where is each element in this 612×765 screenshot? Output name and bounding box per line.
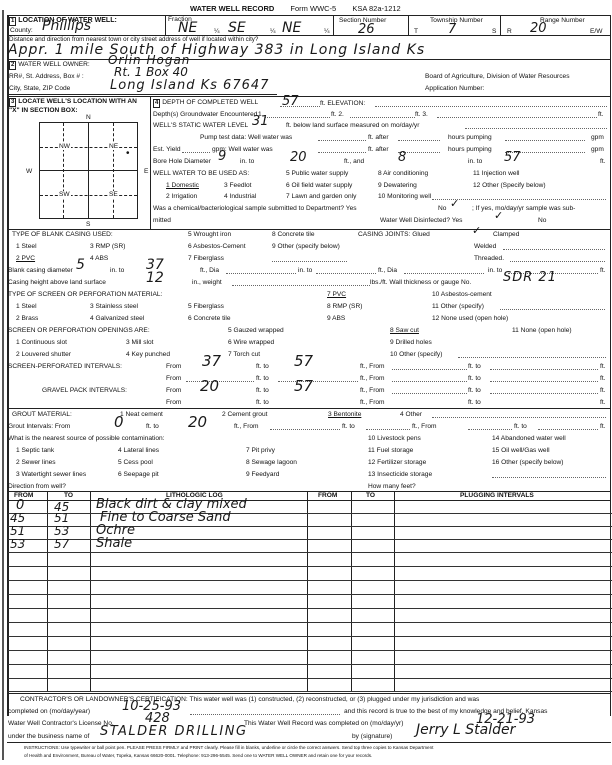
grout-ft-from: ft., From [234, 423, 259, 430]
quad-vdash [63, 123, 64, 218]
quad-dash [40, 147, 137, 148]
rule [408, 15, 409, 35]
opening-continuous[interactable]: 1 Continuous slot [16, 339, 67, 346]
owner-label-text: WATER WELL OWNER: [18, 61, 90, 68]
col-divider [351, 491, 352, 691]
grout-cement[interactable]: 2 Cement grout [222, 411, 267, 418]
col-divider [307, 491, 308, 691]
diameter-ft-dia-2: ft., Dia [378, 267, 397, 274]
diameter-in-to: in. to [110, 267, 124, 274]
log-desc[interactable]: Shale [96, 536, 132, 551]
screen-other-field[interactable] [500, 309, 605, 310]
section-box-text: LOCATE WELL'S LOCATION WITH AN "X" IN SE… [9, 98, 137, 114]
gw-3-field[interactable] [437, 117, 597, 118]
log-from[interactable]: 45 [10, 511, 25, 525]
perf2-ft-to: ft. to [256, 375, 269, 382]
perf4-to-field[interactable] [490, 381, 598, 382]
screen-concrete[interactable]: 6 Concrete tile [188, 315, 231, 322]
perf-to-value[interactable]: 57 [294, 352, 313, 370]
source-fertilizer[interactable]: 12 Fertilizer storage [368, 459, 426, 466]
perf4-from-field[interactable] [392, 381, 467, 382]
perf3-from-field[interactable] [186, 381, 254, 382]
casing-fiberglass[interactable]: 7 Fiberglass [188, 255, 224, 262]
compass-n: N [86, 114, 91, 121]
pump-label: Pump test data: Well water was [200, 134, 292, 141]
grid-horizontal [39, 170, 138, 171]
screen-steel[interactable]: 1 Steel [16, 303, 37, 310]
casing-concrete[interactable]: 8 Concrete tile [272, 231, 315, 238]
row-line [8, 664, 612, 665]
license-label: Water Well Contractor's License No. [8, 720, 114, 727]
perf2-ft-to-2: ft. to [468, 375, 481, 382]
col-divider [47, 491, 48, 691]
gw-ft: ft. [598, 111, 604, 118]
yield-gpm2: gpm [591, 146, 604, 153]
yield-label: Est. Yield [153, 146, 181, 153]
grout-neat[interactable]: 1 Neat cement [120, 411, 163, 418]
section-box-label: 3 LOCATE WELL'S LOCATION WITH AN "X" IN … [9, 98, 149, 115]
gravel-to-value[interactable]: 57 [294, 377, 313, 395]
diameter-ft: ft. [600, 267, 606, 274]
depth-value[interactable]: 57 [282, 94, 299, 109]
use-domestic[interactable]: 1 Domestic [166, 182, 199, 189]
bore-in-to: in. to [240, 158, 254, 165]
quad-vdash [113, 123, 114, 218]
use-injection[interactable]: 11 Injection well [473, 170, 519, 177]
depth-label-text: DEPTH OF COMPLETED WELL [162, 99, 258, 106]
gravel2-ft-to: ft. to [256, 399, 269, 406]
col-divider [90, 491, 91, 691]
rule [7, 59, 611, 60]
address-value[interactable]: Rt. 1 Box 40 [114, 65, 188, 79]
rule [7, 742, 611, 743]
casing-label-text: TYPE OF BLANK CASING USED: [12, 231, 113, 238]
casing-steel[interactable]: 1 Steel [16, 243, 37, 250]
rule [7, 94, 277, 95]
gravel2-from-field[interactable] [392, 393, 467, 394]
opening-gauzed[interactable]: 5 Gauzed wrapped [228, 327, 284, 334]
casing-wrought[interactable]: 5 Wrought iron [188, 231, 231, 238]
casing-other[interactable]: 9 Other (specify below) [272, 243, 340, 250]
col-divider [394, 491, 395, 691]
township-suffix: S [492, 28, 496, 35]
township-prefix: T [414, 28, 418, 35]
row-line [8, 622, 612, 623]
static-value[interactable]: 31 [252, 114, 269, 129]
dia3-field[interactable] [404, 273, 484, 274]
rule [7, 15, 611, 16]
board-text: Board of Agriculture, Division of Water … [425, 73, 570, 80]
depth-label: 4 DEPTH OF COMPLETED WELL [153, 99, 258, 108]
casing-asbestos[interactable]: 6 Asbestos-Cement [188, 243, 246, 250]
grout-intervals-label: Grout Intervals: From [8, 423, 70, 430]
gravel2-ft-to-2: ft. to [468, 399, 481, 406]
source-feedyard[interactable]: 9 Feedyard [246, 471, 279, 478]
openings-label: SCREEN OR PERFORATION OPENINGS ARE: [8, 327, 150, 334]
opening-torch[interactable]: 7 Torch cut [228, 351, 260, 358]
log-to[interactable]: 57 [54, 537, 69, 551]
bore-ft: ft. [600, 158, 606, 165]
source-pit[interactable]: 7 Pit privy [246, 447, 275, 454]
fraction-1[interactable]: NE [178, 20, 197, 36]
use-monitoring[interactable]: 10 Monitoring well [378, 193, 431, 200]
quad-sw[interactable]: SW [58, 191, 71, 198]
source-other[interactable]: 16 Other (specify below) [492, 459, 563, 466]
gravel2-to-field[interactable] [490, 393, 598, 394]
dotted-fill [190, 714, 340, 715]
perf-ft: ft. [600, 363, 606, 370]
source-septic[interactable]: 1 Septic tank [16, 447, 54, 454]
perf-ft-from: ft., From [360, 363, 385, 370]
elevation-label: ft. ELEVATION: [320, 100, 365, 107]
grout2-to-field[interactable] [366, 429, 410, 430]
county-value[interactable]: Phillips [42, 18, 91, 34]
diameter-ft-dia: ft., Dia [200, 267, 219, 274]
grout-other[interactable]: 4 Other [400, 411, 422, 418]
yield-hours: hours pumping [448, 146, 492, 153]
disinfected-no[interactable]: No [538, 217, 546, 224]
grout-bentonite[interactable]: 3 Bentonite [328, 411, 361, 418]
grout-ft-to-2: ft. to [342, 423, 355, 430]
bore-in-to-2: in. to [468, 158, 482, 165]
perf-from: From [166, 363, 181, 370]
screen-abs[interactable]: 9 ABS [327, 315, 345, 322]
row-line [8, 678, 612, 679]
source-oilgas[interactable]: 15 Oil well/Gas well [492, 447, 550, 454]
perf2-from-field[interactable] [392, 369, 467, 370]
row-line [8, 594, 612, 595]
compass-w: W [26, 168, 32, 175]
quarter-2: ¼ [270, 28, 276, 35]
source-seepage[interactable]: 6 Seepage pit [118, 471, 159, 478]
compass-e: E [144, 168, 148, 175]
gravel-label: GRAVEL PACK INTERVALS: [42, 387, 127, 394]
screen-pvc[interactable]: 7 PVC [327, 291, 346, 298]
sample-no-check-icon: ✓ [450, 197, 459, 210]
grout3-from-field[interactable] [468, 429, 512, 430]
city-value[interactable]: Long Island Ks 67647 [110, 78, 269, 93]
screen-brass[interactable]: 2 Brass [16, 315, 38, 322]
signature-label: by (signature) [352, 733, 392, 740]
static-label: WELL'S STATIC WATER LEVEL [153, 122, 248, 129]
perf2-to-field[interactable] [490, 369, 598, 370]
record-completed-label: This Water Well Record was completed on … [244, 720, 403, 727]
disinfected-label: Water Well Disinfected? Yes [380, 217, 462, 224]
row-line [8, 636, 612, 637]
pump-level-field[interactable] [318, 140, 366, 141]
opening-drilled[interactable]: 9 Drilled holes [390, 339, 432, 346]
gravel-ft-to: ft. to [256, 387, 269, 394]
log-to[interactable]: 51 [54, 511, 69, 525]
yield-field[interactable] [182, 152, 210, 153]
section-badge-2: 2 [9, 61, 16, 70]
rule [165, 15, 166, 35]
source-sewer[interactable]: 2 Sewer lines [16, 459, 56, 466]
grout-ft-to: ft. to [146, 423, 159, 430]
cert-text: CONTRACTOR'S OR LANDOWNER'S CERTIFICATIO… [20, 696, 479, 703]
city-label: City, State, ZIP Code [9, 85, 70, 92]
source-livestock[interactable]: 10 Livestock pens [368, 435, 421, 442]
screen-fiberglass[interactable]: 5 Fiberglass [188, 303, 224, 310]
row-line [8, 691, 612, 692]
joints-clamped[interactable]: Clamped [493, 231, 519, 238]
well-location-mark: • [126, 148, 130, 159]
perf2-ft: ft. [600, 375, 606, 382]
log-from[interactable]: 53 [10, 537, 25, 551]
fraction-2[interactable]: SE [228, 20, 246, 36]
gw-2: ft. 2. [331, 111, 344, 118]
casing-pvc[interactable]: 2 PVC [16, 255, 35, 262]
grout-to-value[interactable]: 20 [188, 413, 207, 431]
source-fuel[interactable]: 11 Fuel storage [368, 447, 413, 454]
township-value[interactable]: 7 [448, 22, 456, 37]
section-badge-4: 4 [153, 99, 160, 108]
dotted-fill [510, 261, 605, 262]
opening-key[interactable]: 4 Key punched [126, 351, 170, 358]
rule [7, 96, 611, 97]
screen-asbestos[interactable]: 10 Asbestos-cement [432, 291, 492, 298]
opening-none[interactable]: 11 None (open hole) [512, 327, 572, 334]
perf-ft-to-2: ft. to [468, 363, 481, 370]
use-lawn[interactable]: 7 Lawn and garden only [286, 193, 356, 200]
pump-hours: hours pumping [448, 134, 492, 141]
use-dewatering[interactable]: 9 Dewatering [378, 182, 417, 189]
form-number: Form WWC-5 [290, 4, 336, 13]
yield-ft-after: ft. after [368, 146, 389, 153]
casing-other-field[interactable] [272, 261, 347, 262]
grout2-from-field[interactable] [270, 429, 340, 430]
mitted: mitted [153, 217, 171, 224]
log-header-to-2: TO [366, 492, 375, 499]
grout-label: GROUT MATERIAL: [12, 411, 72, 418]
county-label: County: [10, 27, 33, 34]
quarter-1: ¼ [214, 28, 220, 35]
log-to[interactable]: 53 [54, 524, 69, 538]
use-public[interactable]: 5 Public water supply [286, 170, 348, 177]
form-title: WATER WELL RECORD Form WWC-5 KSA 82a-121… [190, 4, 401, 13]
sample-tail: ; If yes, mo/day/yr sample was sub- [472, 205, 575, 212]
gravel-ft-from: ft., From [360, 387, 385, 394]
source-insecticide[interactable]: 13 Insecticide storage [368, 471, 432, 478]
business-value[interactable]: STALDER DRILLING [100, 724, 248, 739]
grout-ft-to-3: ft. to [514, 423, 527, 430]
log-header-from-2: FROM [318, 492, 337, 499]
screen-rmp[interactable]: 8 RMP (SR) [327, 303, 362, 310]
pump-ft-after: ft. after [368, 134, 389, 141]
opening-other[interactable]: 10 Other (specify) [390, 351, 442, 358]
sample-question: Was a chemical/bacteriological sample su… [153, 205, 357, 212]
range-prefix: R [507, 28, 512, 35]
section-number-badge: 1 [9, 17, 16, 26]
height-weight: in., weight [192, 279, 222, 286]
application-label: Application Number: [425, 85, 484, 92]
rule [7, 693, 611, 694]
scan-edge [2, 10, 4, 760]
rule [7, 408, 611, 409]
use-other[interactable]: 12 Other (Specify below) [473, 182, 546, 189]
perf-ft-to: ft. to [256, 363, 269, 370]
quarter-3: ¼ [324, 28, 330, 35]
use-air[interactable]: 8 Air conditioning [378, 170, 428, 177]
township-label: Township Number [430, 17, 483, 24]
fraction-3[interactable]: NE [282, 20, 301, 36]
address-label: RR#, St. Address, Box # : [9, 73, 84, 80]
source-other-field[interactable] [492, 477, 606, 478]
joints-welded[interactable]: Welded [474, 243, 496, 250]
grout3-to-field[interactable] [538, 429, 598, 430]
use-irrigation[interactable]: 2 Irrigation [166, 193, 197, 200]
gravel-from: From [166, 387, 181, 394]
diameter-in-to-3: in. to [488, 267, 502, 274]
dia2-field[interactable] [226, 273, 296, 274]
gauge-value[interactable]: SDR 21 [503, 270, 557, 285]
instructions-line-2: of Health and Environment, Bureau of Wat… [24, 753, 372, 758]
glued-check-icon: ✓ [472, 224, 481, 237]
instructions-line-1: INSTRUCTIONS: Use typewriter or ball poi… [24, 745, 433, 750]
source-watertight[interactable]: 3 Watertight sewer lines [16, 471, 86, 478]
quad-se[interactable]: SE [108, 191, 119, 198]
casing-abs[interactable]: 4 ABS [90, 255, 108, 262]
use-industrial[interactable]: 4 Industrial [224, 193, 256, 200]
bore2-value[interactable]: 8 [398, 150, 406, 165]
source-abandoned[interactable]: 14 Abandoned water well [492, 435, 566, 442]
perf-label: SCREEN-PERFORATED INTERVALS: [8, 363, 122, 370]
screen-galvanized[interactable]: 4 Galvanized steel [90, 315, 144, 322]
dia2-to-field[interactable] [316, 273, 376, 274]
how-many-label: How many feet? [368, 483, 416, 490]
height-value[interactable]: 12 [146, 270, 164, 286]
source-cess[interactable]: 5 Cess pool [118, 459, 153, 466]
quad-nw[interactable]: NW [58, 143, 71, 150]
gw-3: ft. 3. [415, 111, 428, 118]
opening-wire[interactable]: 6 Wire wrapped [228, 339, 274, 346]
opening-other-field[interactable] [458, 357, 606, 358]
joints-threaded[interactable]: Threaded. [474, 255, 504, 262]
static-suffix: ft. below land surface measured on mo/da… [286, 122, 419, 129]
quad-ne[interactable]: NE [108, 143, 119, 150]
row-line [8, 566, 612, 567]
screen-stainless[interactable]: 3 Stainless steel [90, 303, 138, 310]
distance-value[interactable]: Appr. 1 mile South of Highway 383 in Lon… [8, 42, 425, 58]
section-box-divider [150, 96, 151, 230]
row-line [8, 513, 612, 514]
quad-dash [40, 195, 137, 196]
casing-label: TYPE OF BLANK CASING USED: [12, 231, 113, 238]
section-number-value[interactable]: 26 [358, 22, 375, 37]
owner-label: 2 WATER WELL OWNER: [9, 61, 90, 70]
gravel2-ft-from: ft., From [360, 399, 385, 406]
screen-other[interactable]: 11 Other (specify) [432, 303, 484, 310]
bore1-to-value[interactable]: 20 [290, 150, 307, 165]
grout-ft-from-2: ft., From [412, 423, 437, 430]
gravel-ft-to-2: ft. to [468, 387, 481, 394]
row-line [8, 580, 612, 581]
gw-1-field[interactable] [265, 117, 330, 118]
diameter-label: Blank casing diameter [8, 267, 73, 274]
perf3-to-field[interactable] [278, 381, 358, 382]
weight-field[interactable] [232, 285, 370, 286]
log-header-plugging: PLUGGING INTERVALS [460, 492, 534, 499]
grout-from-value[interactable]: 0 [114, 413, 124, 431]
casing-rmp[interactable]: 3 RMP (SR) [90, 243, 125, 250]
title-text: WATER WELL RECORD [190, 4, 274, 13]
signature-value[interactable]: Jerry L Stalder [416, 722, 515, 738]
disinfected-yes-check-icon: ✓ [494, 209, 503, 222]
direction-label: Direction from well? [8, 483, 66, 490]
perf2-ft-from: ft., From [360, 375, 385, 382]
pump-after-field[interactable] [398, 140, 440, 141]
log-header-to: TO [64, 492, 73, 499]
range-label: Range Number [540, 17, 585, 24]
grout-ft: ft. [600, 423, 606, 430]
pump-hours-field[interactable] [505, 140, 585, 141]
gravel-from-value[interactable]: 20 [200, 377, 219, 395]
frame-right [610, 16, 611, 716]
perf-from-value[interactable]: 37 [202, 352, 221, 370]
section-badge-3: 3 [9, 98, 16, 107]
row-line [8, 552, 612, 553]
dotted-fill [503, 249, 605, 250]
groundwater-label: Depth(s) Groundwater Encountered [153, 111, 257, 118]
rule [500, 15, 501, 35]
opening-louvered[interactable]: 2 Louvered shutter [16, 351, 71, 358]
screen-material-label: TYPE OF SCREEN OR PERFORATION MATERIAL: [8, 291, 162, 298]
rule [7, 229, 611, 230]
bore2-to-value[interactable]: 57 [504, 150, 521, 165]
use-feedlot[interactable]: 3 Feedlot [224, 182, 252, 189]
opening-saw[interactable]: 8 Saw cut [390, 327, 419, 334]
range-suffix: E/W [590, 28, 602, 35]
bore-label: Bore Hole Diameter [153, 158, 211, 165]
perf2-from: From [166, 375, 181, 382]
source-lateral[interactable]: 4 Lateral lines [118, 447, 159, 454]
static-date-field[interactable] [465, 128, 607, 129]
ksa-number: KSA 82a-1212 [352, 4, 400, 13]
row-line [8, 650, 612, 651]
log-from[interactable]: 51 [10, 524, 25, 538]
use-oil-field[interactable]: 6 Oil field water supply [286, 182, 352, 189]
screen-none[interactable]: 12 None used (open hole) [432, 315, 508, 322]
gravel2-from: From [166, 399, 181, 406]
elevation-field[interactable] [375, 106, 607, 107]
gravel2-ft: ft. [600, 399, 606, 406]
gw-2-field[interactable] [350, 117, 415, 118]
source-lagoon[interactable]: 8 Sewage lagoon [246, 459, 297, 466]
grout-other-field[interactable] [432, 417, 606, 418]
contamination-question: What is the nearest source of possible c… [8, 435, 165, 442]
sample-no[interactable]: No [438, 205, 446, 212]
range-value[interactable]: 20 [530, 21, 547, 36]
diameter-value[interactable]: 5 [76, 257, 85, 273]
joints-label: CASING JOINTS: Glued [358, 231, 430, 238]
business-label: under the business name of [8, 733, 89, 740]
completed-label: completed on (mo/day/year) [8, 708, 90, 715]
rule [333, 15, 334, 35]
opening-mill[interactable]: 3 Mill slot [126, 339, 153, 346]
gauge-label: lbs./ft. Wall thickness or gauge No. [370, 279, 471, 286]
compass-s: S [86, 221, 90, 228]
row-line [8, 608, 612, 609]
gravel-ft: ft. [600, 387, 606, 394]
diameter-in-to-2: in. to [298, 267, 312, 274]
pump-gpm: gpm [591, 134, 604, 141]
height-label: Casing height above land surface [8, 279, 106, 286]
yield-level-field[interactable] [318, 152, 366, 153]
bore-ft-and: ft., and [344, 158, 364, 165]
use-label: WELL WATER TO BE USED AS: [153, 170, 249, 177]
bore1-value[interactable]: 9 [218, 149, 226, 164]
